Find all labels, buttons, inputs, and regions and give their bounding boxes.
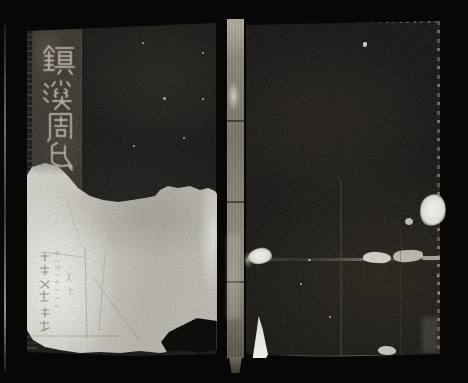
wear-speck — [163, 97, 166, 100]
wear-speck — [300, 283, 302, 285]
wear-speck — [142, 42, 144, 44]
top-edge-wear — [246, 20, 440, 23]
book-photo — [0, 0, 468, 383]
wear-speck — [202, 98, 204, 100]
corner-wear — [422, 317, 438, 353]
wear-speck — [437, 275, 439, 277]
ruled-line — [85, 248, 87, 338]
wear-speck — [183, 137, 185, 139]
wear-patch — [405, 218, 413, 225]
wear-speck — [438, 292, 440, 294]
illegible-handwriting-marks — [67, 273, 73, 294]
wear-speck — [308, 259, 311, 261]
illegible-handwriting-column — [40, 253, 49, 331]
paper-crease — [93, 277, 139, 340]
spine-edge-glint — [244, 252, 252, 268]
wear-patch — [378, 346, 396, 355]
title-character-3 — [48, 114, 71, 141]
book-spine — [227, 19, 244, 358]
spine-joint — [227, 201, 244, 203]
bottom-edge-wear — [246, 355, 440, 357]
spine-worn-band — [227, 234, 240, 319]
title-character-1 — [44, 46, 74, 74]
wear-speck — [329, 316, 331, 318]
top-edge-highlight — [25, 19, 218, 27]
paper-crease — [67, 200, 82, 248]
wear-speck — [133, 145, 135, 147]
wear-streak — [422, 256, 440, 260]
vertical-fold-line — [340, 180, 342, 355]
page-edge-line — [4, 25, 6, 372]
right-cover-board — [246, 20, 440, 357]
wear-speck — [363, 42, 367, 47]
title-character-2 — [44, 81, 71, 109]
spine-joint — [227, 120, 244, 122]
spine-foot — [229, 357, 242, 373]
wear-speck — [202, 52, 204, 54]
vertical-fold-line — [400, 230, 401, 370]
board-texture — [246, 20, 440, 357]
spine-scuff-highlight — [228, 82, 239, 110]
wear-patch — [363, 251, 392, 263]
illegible-handwriting-column — [54, 251, 61, 306]
wear-speck — [371, 258, 374, 260]
right-edge-wear — [437, 20, 440, 357]
